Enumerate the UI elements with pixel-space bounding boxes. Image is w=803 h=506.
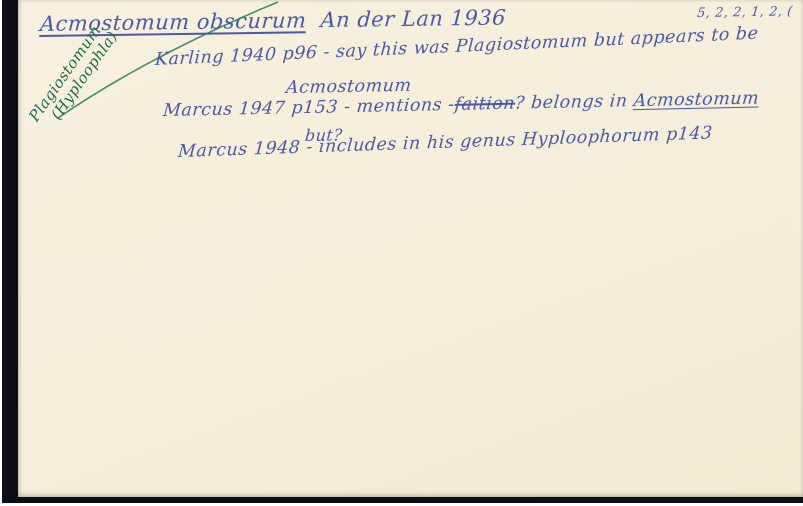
index-card: 5, 2, 2, 1, 2, ( Acmostomum obscurumAn d… (18, 0, 803, 497)
note-marcus-1947-prefix: Marcus 1947 p153 - mentions - (162, 95, 455, 121)
classification-number: 5, 2, 2, 1, 2, ( (697, 4, 794, 21)
species-name: Acmostomum obscurum (39, 8, 307, 36)
note-marcus-1947-mid: ? belongs in (514, 91, 634, 114)
note-marcus-1947-struck-word: faition (454, 94, 516, 115)
margin-note-green: Plagiostomum (Hyploophla) (26, 19, 121, 135)
note-acmostomum-centered: Acmostomum (285, 76, 412, 98)
species-authority: An der Lan 1936 (320, 5, 507, 32)
note-marcus-1947-genus: Acmostomum (633, 88, 760, 111)
note-marcus-1947: Marcus 1947 p153 - mentions -faition? be… (162, 88, 760, 121)
note-marcus-1948: Marcus 1948 - includes in his genus Hypl… (177, 123, 713, 162)
scanned-index-card-photo: 5, 2, 2, 1, 2, ( Acmostomum obscurumAn d… (0, 0, 803, 506)
